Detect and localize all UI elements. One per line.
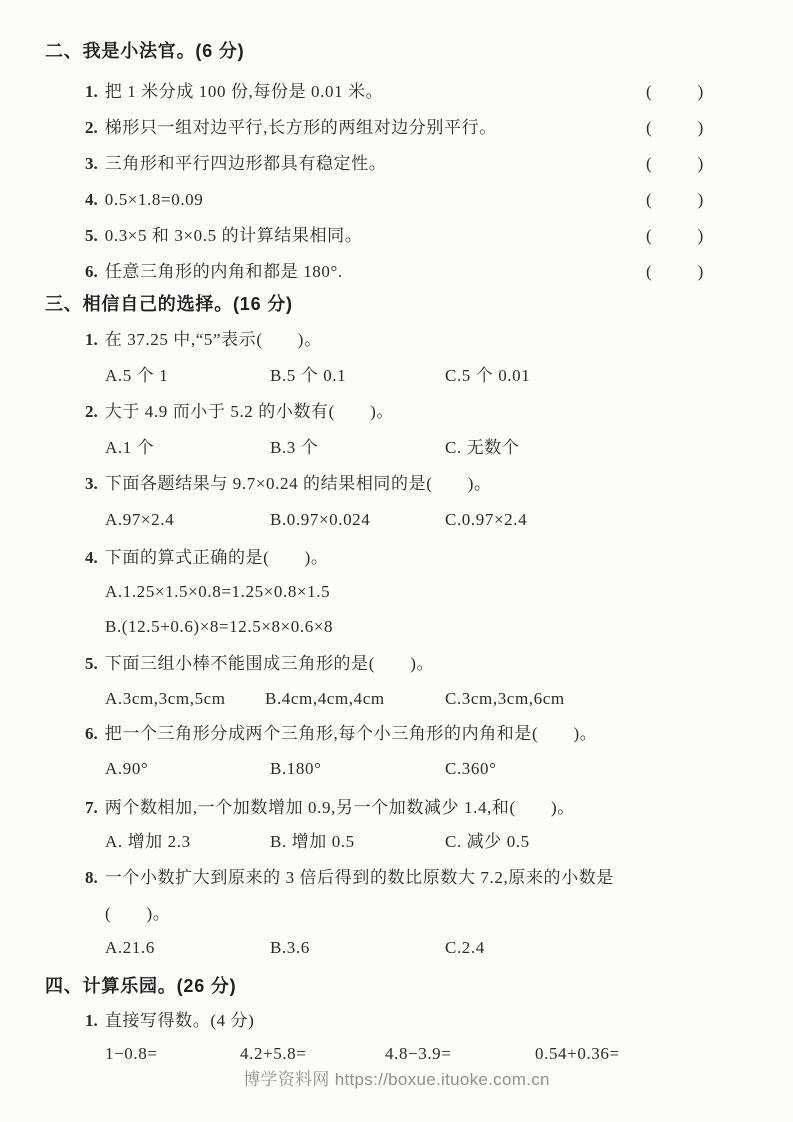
mc-options-6: A.90° B.180° C.360° [105, 755, 745, 783]
tf-answer-blank-5: ( ) [646, 222, 707, 250]
calc-expression-3: 4.8−3.9= [385, 1040, 451, 1068]
section-3-title: 三、相信自己的选择。(16 分) [45, 290, 293, 318]
question-text: 把一个三角形分成两个三角形,每个小三角形的内角和是( )。 [105, 724, 598, 743]
tf-item-3: 3.三角形和平行四边形都具有稳定性。 [85, 150, 386, 178]
question-text: 任意三角形的内角和都是 180°. [105, 262, 343, 281]
option-b: B.4cm,4cm,4cm [265, 685, 385, 713]
question-text: 直接写得数。(4 分) [105, 1011, 255, 1030]
tf-answer-blank-6: ( ) [646, 258, 707, 286]
option-c: C.360° [445, 755, 497, 783]
mc-question-7: 7.两个数相加,一个加数增加 0.9,另一个加数减少 1.4,和( )。 [85, 794, 575, 822]
option-a: A. 增加 2.3 [105, 828, 191, 856]
option-a: A.97×2.4 [105, 506, 174, 534]
question-number: 6. [85, 724, 98, 743]
calc-sub-item-1: 1.直接写得数。(4 分) [85, 1007, 254, 1035]
section-2-title: 二、我是小法官。(6 分) [45, 37, 244, 65]
calc-expression-2: 4.2+5.8= [240, 1040, 306, 1068]
question-text: 两个数相加,一个加数增加 0.9,另一个加数减少 1.4,和( )。 [105, 798, 575, 817]
question-number: 5. [85, 226, 98, 245]
option-c: C. 无数个 [445, 434, 519, 462]
option-b: B.0.97×0.024 [270, 506, 370, 534]
option-a: A.90° [105, 755, 148, 783]
option-b: B.5 个 0.1 [270, 362, 346, 390]
option-a: A.3cm,3cm,5cm [105, 685, 226, 713]
question-number: 1. [85, 330, 98, 349]
question-number: 8. [85, 868, 98, 887]
question-text: 下面三组小棒不能围成三角形的是( )。 [105, 654, 434, 673]
question-number: 6. [85, 262, 98, 281]
option-c: C. 减少 0.5 [445, 828, 530, 856]
question-text: 一个小数扩大到原来的 3 倍后得到的数比原数大 7.2,原来的小数是 [105, 868, 614, 887]
option-c: C.5 个 0.01 [445, 362, 530, 390]
mc-question-1: 1.在 37.25 中,“5”表示( )。 [85, 326, 322, 354]
question-number: 7. [85, 798, 98, 817]
question-number: 5. [85, 654, 98, 673]
mc-options-2: A.1 个 B.3 个 C. 无数个 [105, 434, 745, 462]
mc-options-1: A.5 个 1 B.5 个 0.1 C.5 个 0.01 [105, 362, 745, 390]
tf-item-6: 6.任意三角形的内角和都是 180°. [85, 258, 343, 286]
option-c: C.0.97×2.4 [445, 506, 527, 534]
tf-answer-blank-2: ( ) [646, 114, 707, 142]
answer-blank: ( )。 [105, 904, 170, 923]
question-number: 1. [85, 82, 98, 101]
tf-answer-blank-3: ( ) [646, 150, 707, 178]
mc-question-4-line-a: A.1.25×1.5×0.8=1.25×0.8×1.5 [105, 578, 330, 606]
calc-expressions-row: 1−0.8= 4.2+5.8= 4.8−3.9= 0.54+0.36= [105, 1040, 745, 1068]
calc-expression-4: 0.54+0.36= [535, 1040, 620, 1068]
mc-question-4: 4.下面的算式正确的是( )。 [85, 544, 328, 572]
option-a: A.1.25×1.5×0.8=1.25×0.8×1.5 [105, 582, 330, 601]
tf-item-4: 4.0.5×1.8=0.09 [85, 186, 203, 214]
option-a: A.1 个 [105, 434, 154, 462]
question-text: 下面的算式正确的是( )。 [105, 548, 329, 567]
option-c: C.3cm,3cm,6cm [445, 685, 565, 713]
watermark-text: 博学资料网 https://boxue.ituoke.com.cn [0, 1066, 793, 1094]
question-number: 1. [85, 1011, 98, 1030]
mc-options-8: A.21.6 B.3.6 C.2.4 [105, 934, 745, 962]
option-b: B.180° [270, 755, 322, 783]
mc-question-3: 3.下面各题结果与 9.7×0.24 的结果相同的是( )。 [85, 470, 492, 498]
mc-options-3: A.97×2.4 B.0.97×0.024 C.0.97×2.4 [105, 506, 745, 534]
calc-expression-1: 1−0.8= [105, 1040, 158, 1068]
option-b: B.3.6 [270, 934, 310, 962]
mc-question-8: 8.一个小数扩大到原来的 3 倍后得到的数比原数大 7.2,原来的小数是 [85, 864, 614, 892]
question-number: 4. [85, 190, 98, 209]
mc-question-4-line-b: B.(12.5+0.6)×8=12.5×8×0.6×8 [105, 613, 333, 641]
mc-question-6: 6.把一个三角形分成两个三角形,每个小三角形的内角和是( )。 [85, 720, 597, 748]
section-4-title: 四、计算乐园。(26 分) [45, 972, 236, 1000]
option-a: A.21.6 [105, 934, 155, 962]
question-text: 把 1 米分成 100 份,每份是 0.01 米。 [105, 82, 384, 101]
question-text: 0.3×5 和 3×0.5 的计算结果相同。 [105, 226, 363, 245]
question-number: 2. [85, 118, 98, 137]
question-number: 2. [85, 402, 98, 421]
mc-question-8-blank: ( )。 [105, 900, 170, 928]
tf-answer-blank-1: ( ) [646, 78, 707, 106]
option-a: A.5 个 1 [105, 362, 168, 390]
question-text: 在 37.25 中,“5”表示( )。 [105, 330, 322, 349]
question-text: 大于 4.9 而小于 5.2 的小数有( )。 [105, 402, 394, 421]
question-text: 0.5×1.8=0.09 [105, 190, 204, 209]
tf-answer-blank-4: ( ) [646, 186, 707, 214]
mc-question-5: 5.下面三组小棒不能围成三角形的是( )。 [85, 650, 434, 678]
question-text: 下面各题结果与 9.7×0.24 的结果相同的是( )。 [105, 474, 492, 493]
question-number: 3. [85, 474, 98, 493]
option-b: B. 增加 0.5 [270, 828, 355, 856]
question-number: 3. [85, 154, 98, 173]
mc-options-7: A. 增加 2.3 B. 增加 0.5 C. 减少 0.5 [105, 828, 745, 856]
mc-options-5: A.3cm,3cm,5cm B.4cm,4cm,4cm C.3cm,3cm,6c… [105, 685, 745, 713]
tf-item-5: 5.0.3×5 和 3×0.5 的计算结果相同。 [85, 222, 362, 250]
mc-question-2: 2.大于 4.9 而小于 5.2 的小数有( )。 [85, 398, 394, 426]
test-paper-page: 二、我是小法官。(6 分) 1.把 1 米分成 100 份,每份是 0.01 米… [0, 0, 793, 1122]
question-text: 梯形只一组对边平行,长方形的两组对边分别平行。 [105, 118, 497, 137]
option-c: C.2.4 [445, 934, 485, 962]
question-text: 三角形和平行四边形都具有稳定性。 [105, 154, 387, 173]
tf-item-1: 1.把 1 米分成 100 份,每份是 0.01 米。 [85, 78, 383, 106]
option-b: B.(12.5+0.6)×8=12.5×8×0.6×8 [105, 617, 333, 636]
option-b: B.3 个 [270, 434, 318, 462]
question-number: 4. [85, 548, 98, 567]
tf-item-2: 2.梯形只一组对边平行,长方形的两组对边分别平行。 [85, 114, 497, 142]
